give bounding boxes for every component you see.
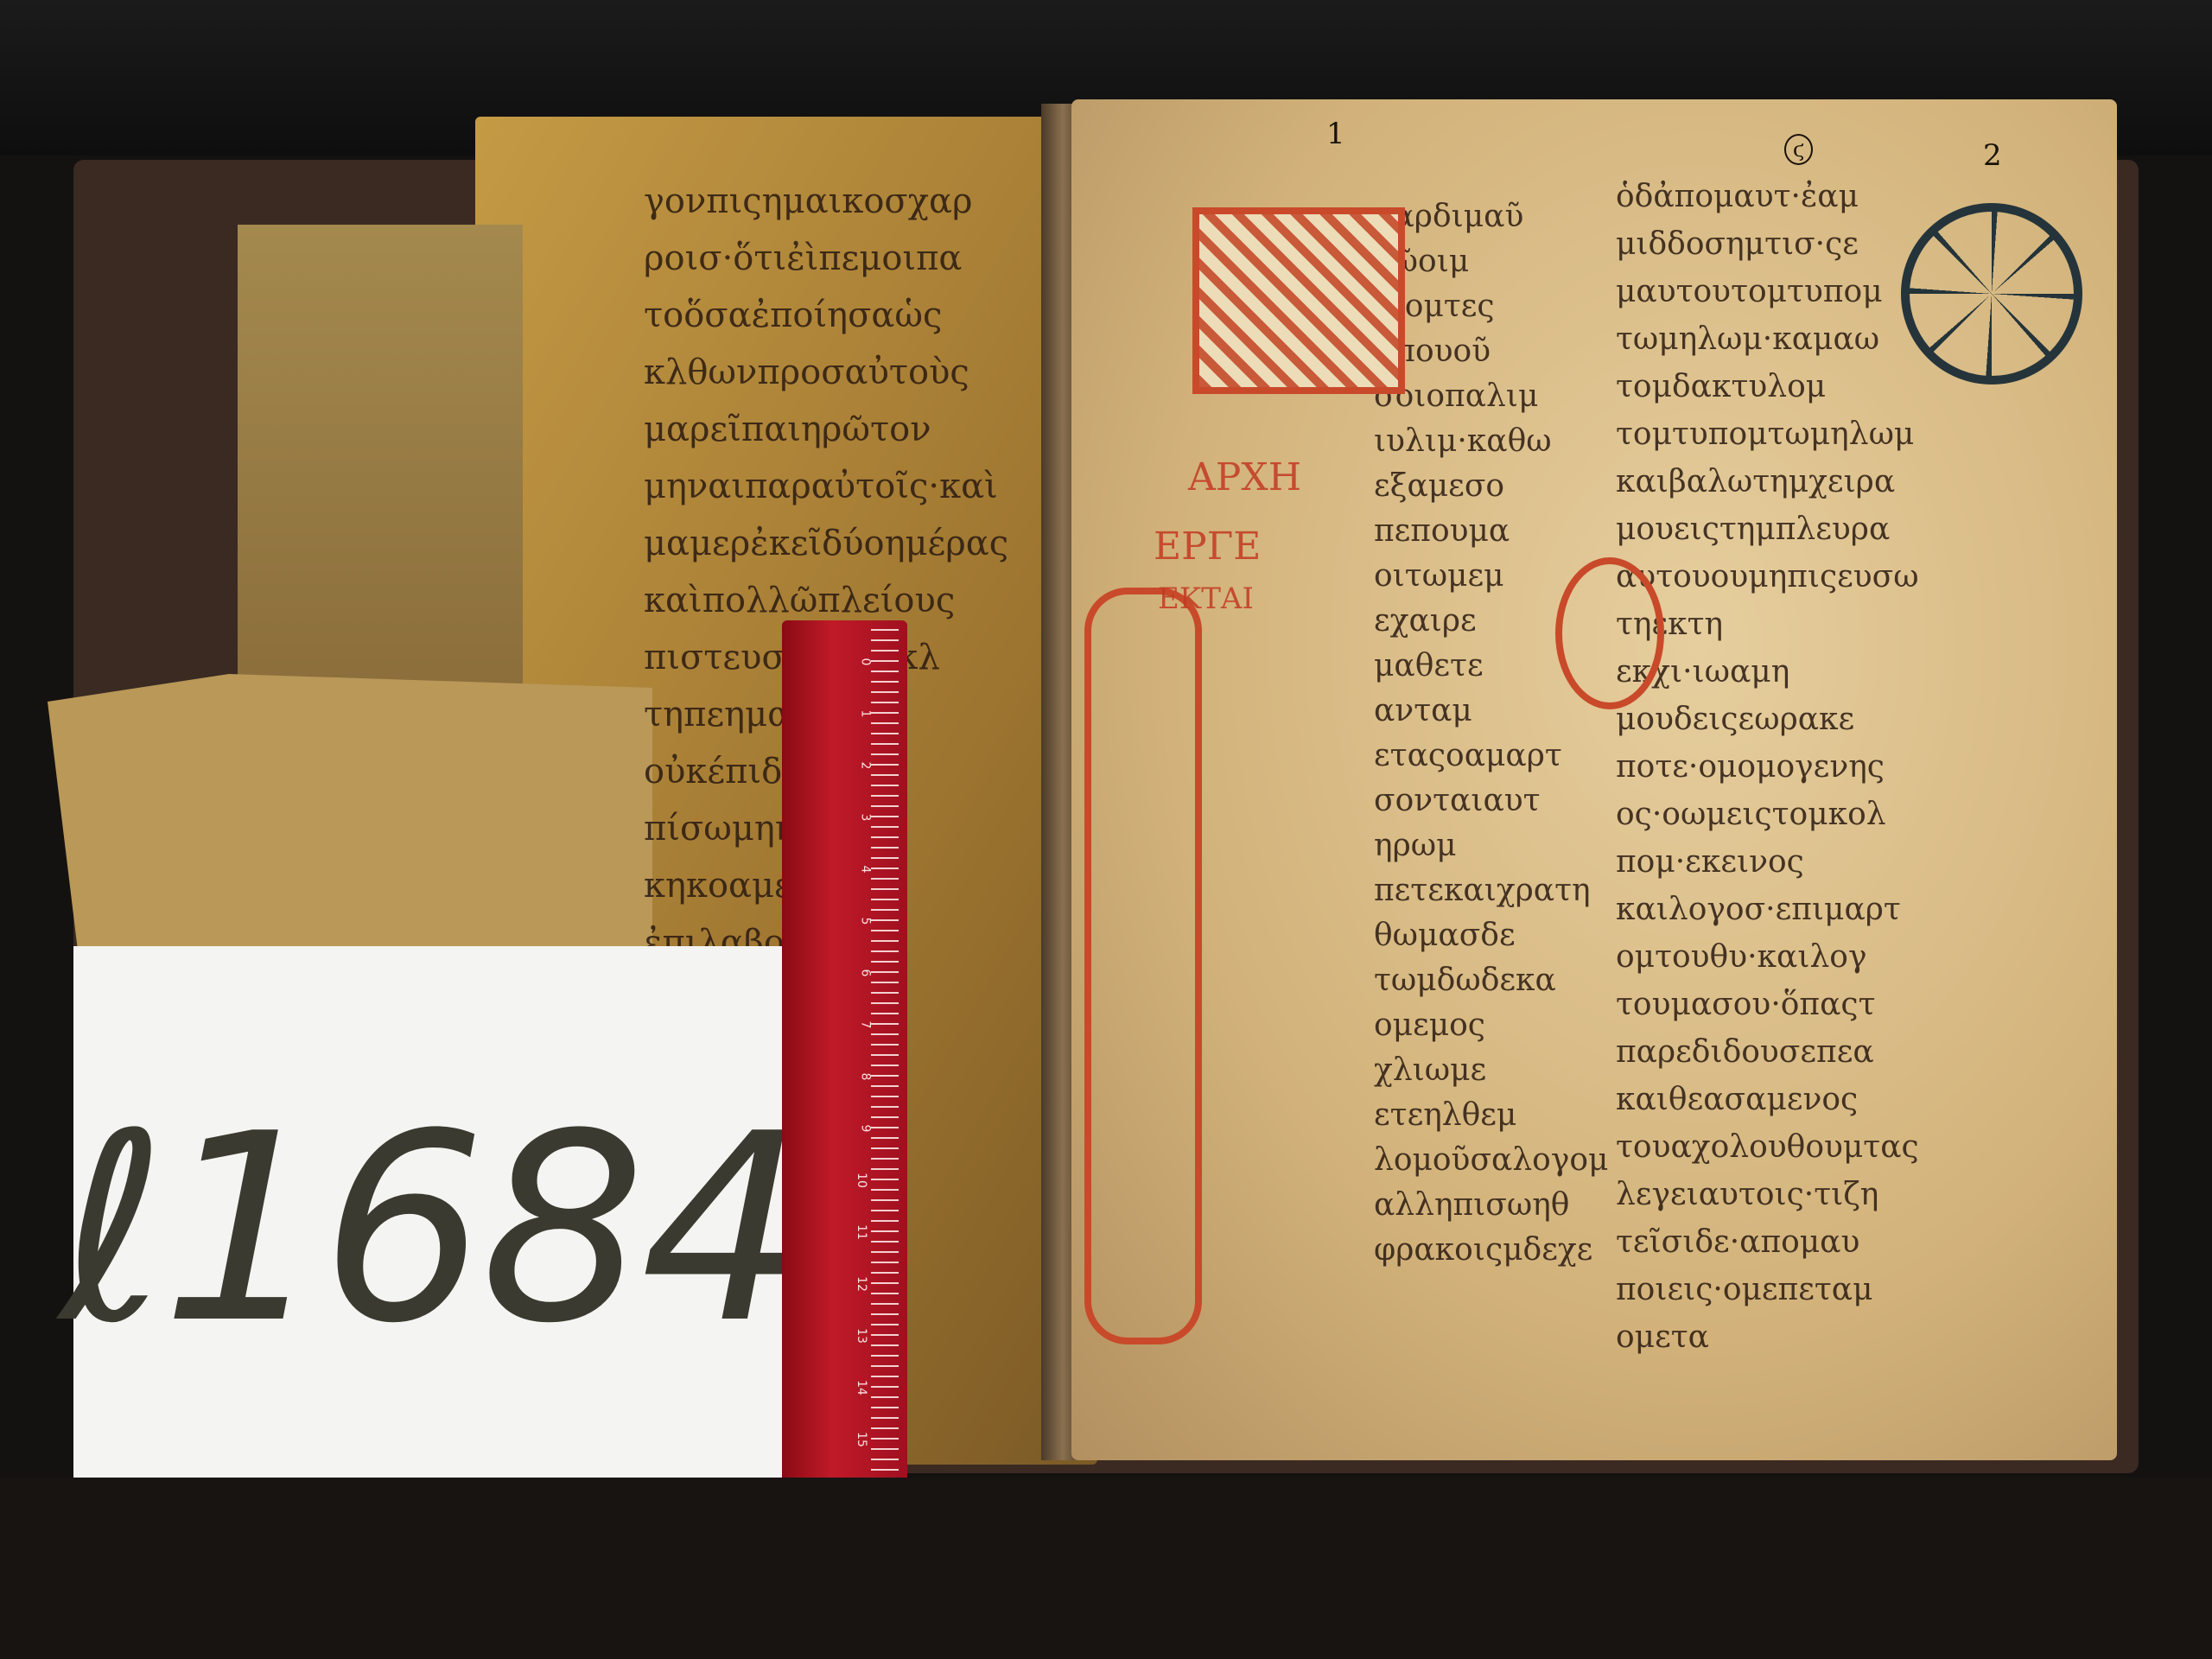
rubric-3: ΕΚΤΑΙ xyxy=(1158,570,1254,627)
ruler-tick-label: 11 xyxy=(855,1224,868,1240)
left-torn-fragment xyxy=(48,674,652,950)
right-col2-text: ὁδἀπομαυτ·ἐαμ μιδδοσημτισ·ςε μαυτουτομτυ… xyxy=(1616,173,1919,1361)
vine-ornament xyxy=(1084,588,1202,1344)
dark-surface xyxy=(0,1478,2212,1659)
ruler-tick-label: 2 xyxy=(859,762,873,770)
ruler-scale xyxy=(871,629,899,1480)
rubric-1: ΑΡΧΗ xyxy=(1188,449,1301,506)
folio-number-1: 1 xyxy=(1326,117,1345,151)
right-col1-text: καρδιμαῦ οῶοιμ ιδομτες ἀπουοῦ σοιοπαλιμ … xyxy=(1374,194,1608,1273)
wheel-drawing xyxy=(1901,203,2082,385)
ruler-tick-label: 5 xyxy=(859,918,873,925)
ruler-tick-label: 7 xyxy=(859,1021,873,1029)
ruler-tick-label: 0 xyxy=(859,658,873,666)
ruler-tick-label: 15 xyxy=(855,1432,868,1447)
ruler-tick-label: 3 xyxy=(859,814,873,822)
label-text: ℓ1684 xyxy=(73,946,786,1512)
ruler-tick-label: 1 xyxy=(859,710,873,718)
ruler-tick-label: 9 xyxy=(859,1125,873,1133)
interlace-ornament xyxy=(1192,207,1405,394)
ruler-tick-label: 4 xyxy=(859,866,873,874)
medallion-ornament xyxy=(1555,557,1664,709)
ruler-tick-label: 10 xyxy=(855,1173,868,1188)
red-ruler: 012345678910111213141516 xyxy=(782,620,907,1489)
left-fragment-inset xyxy=(238,225,523,709)
ruler-tick-label: 6 xyxy=(859,969,873,977)
ruler-tick-label: 14 xyxy=(855,1380,868,1395)
rubric-2: ΕΡΓΕ xyxy=(1154,518,1261,575)
ruler-tick-label: 13 xyxy=(855,1328,868,1344)
folio-number-2: 2 xyxy=(1983,138,2002,173)
ruler-tick-label: 8 xyxy=(859,1073,873,1081)
ruler-tick-label: 12 xyxy=(855,1276,868,1292)
label-card: ℓ1684 xyxy=(73,946,786,1512)
